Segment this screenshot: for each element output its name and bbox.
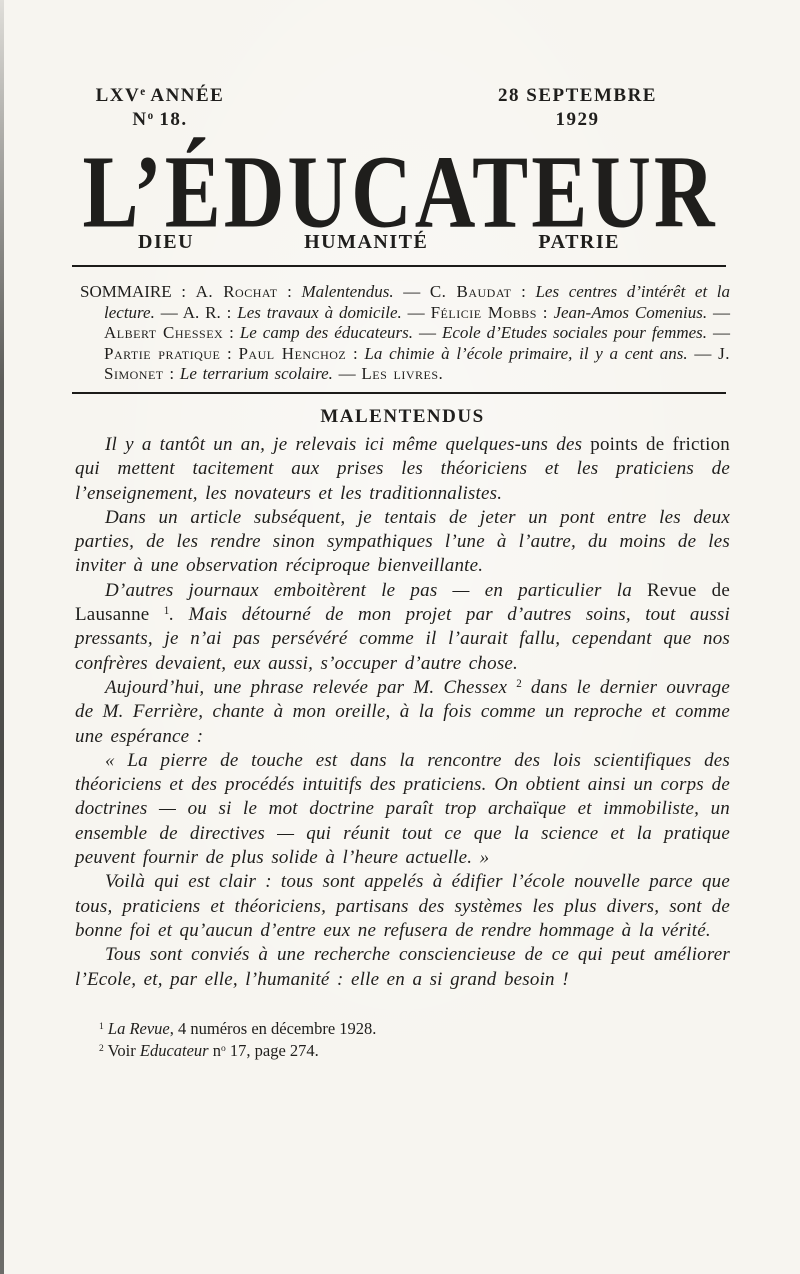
article-body: Il y a tantôt un an, je relevais ici mêm… — [75, 433, 730, 1062]
article-paragraph-5-quote: « La pierre de touche est dans la rencon… — [75, 749, 730, 870]
journal-title: L’ÉDUCATEUR — [0, 141, 800, 245]
footnote-2: 2 Voir Educateur no 17, page 274. — [75, 1040, 730, 1062]
volume-line: LXVe ANNÉE — [85, 84, 235, 108]
rule-bottom — [72, 392, 726, 394]
journal-page: LXVe ANNÉE No 18. 28 SEPTEMBRE 1929 L’ÉD… — [0, 0, 800, 1274]
article-title: MALENTENDUS — [75, 406, 730, 428]
article-paragraph-4: Aujourd’hui, une phrase relevée par M. C… — [75, 676, 730, 749]
footnote-1: 1 La Revue, 4 numéros en décembre 1928. — [75, 1018, 730, 1040]
article-paragraph-7: Tous sont conviés à une recherche consci… — [75, 943, 730, 992]
motto-dieu: DIEU — [138, 231, 194, 254]
footnotes: 1 La Revue, 4 numéros en décembre 1928. … — [75, 1018, 730, 1062]
article-paragraph-6: Voilà qui est clair : tous sont appelés … — [75, 870, 730, 943]
article-paragraph-1: Il y a tantôt un an, je relevais ici mêm… — [75, 433, 730, 506]
sommaire-text: SOMMAIRE : A. Rochat : Malentendus. — C.… — [80, 282, 730, 385]
motto-humanite: HUMANITÉ — [304, 231, 428, 254]
article-paragraph-2: Dans un article subséquent, je tentais d… — [75, 506, 730, 579]
date-line: 28 SEPTEMBRE — [490, 84, 665, 108]
article-paragraph-3: D’autres journaux emboitèrent le pas — e… — [75, 579, 730, 676]
masthead-volume-block: LXVe ANNÉE No 18. — [85, 84, 235, 132]
rule-top — [72, 265, 726, 267]
masthead-date-block: 28 SEPTEMBRE 1929 — [490, 84, 665, 132]
issue-line: No 18. — [85, 108, 235, 132]
motto-row: DIEU HUMANITÉ PATRIE — [138, 231, 620, 254]
motto-patrie: PATRIE — [538, 231, 620, 254]
year-line: 1929 — [490, 108, 665, 132]
